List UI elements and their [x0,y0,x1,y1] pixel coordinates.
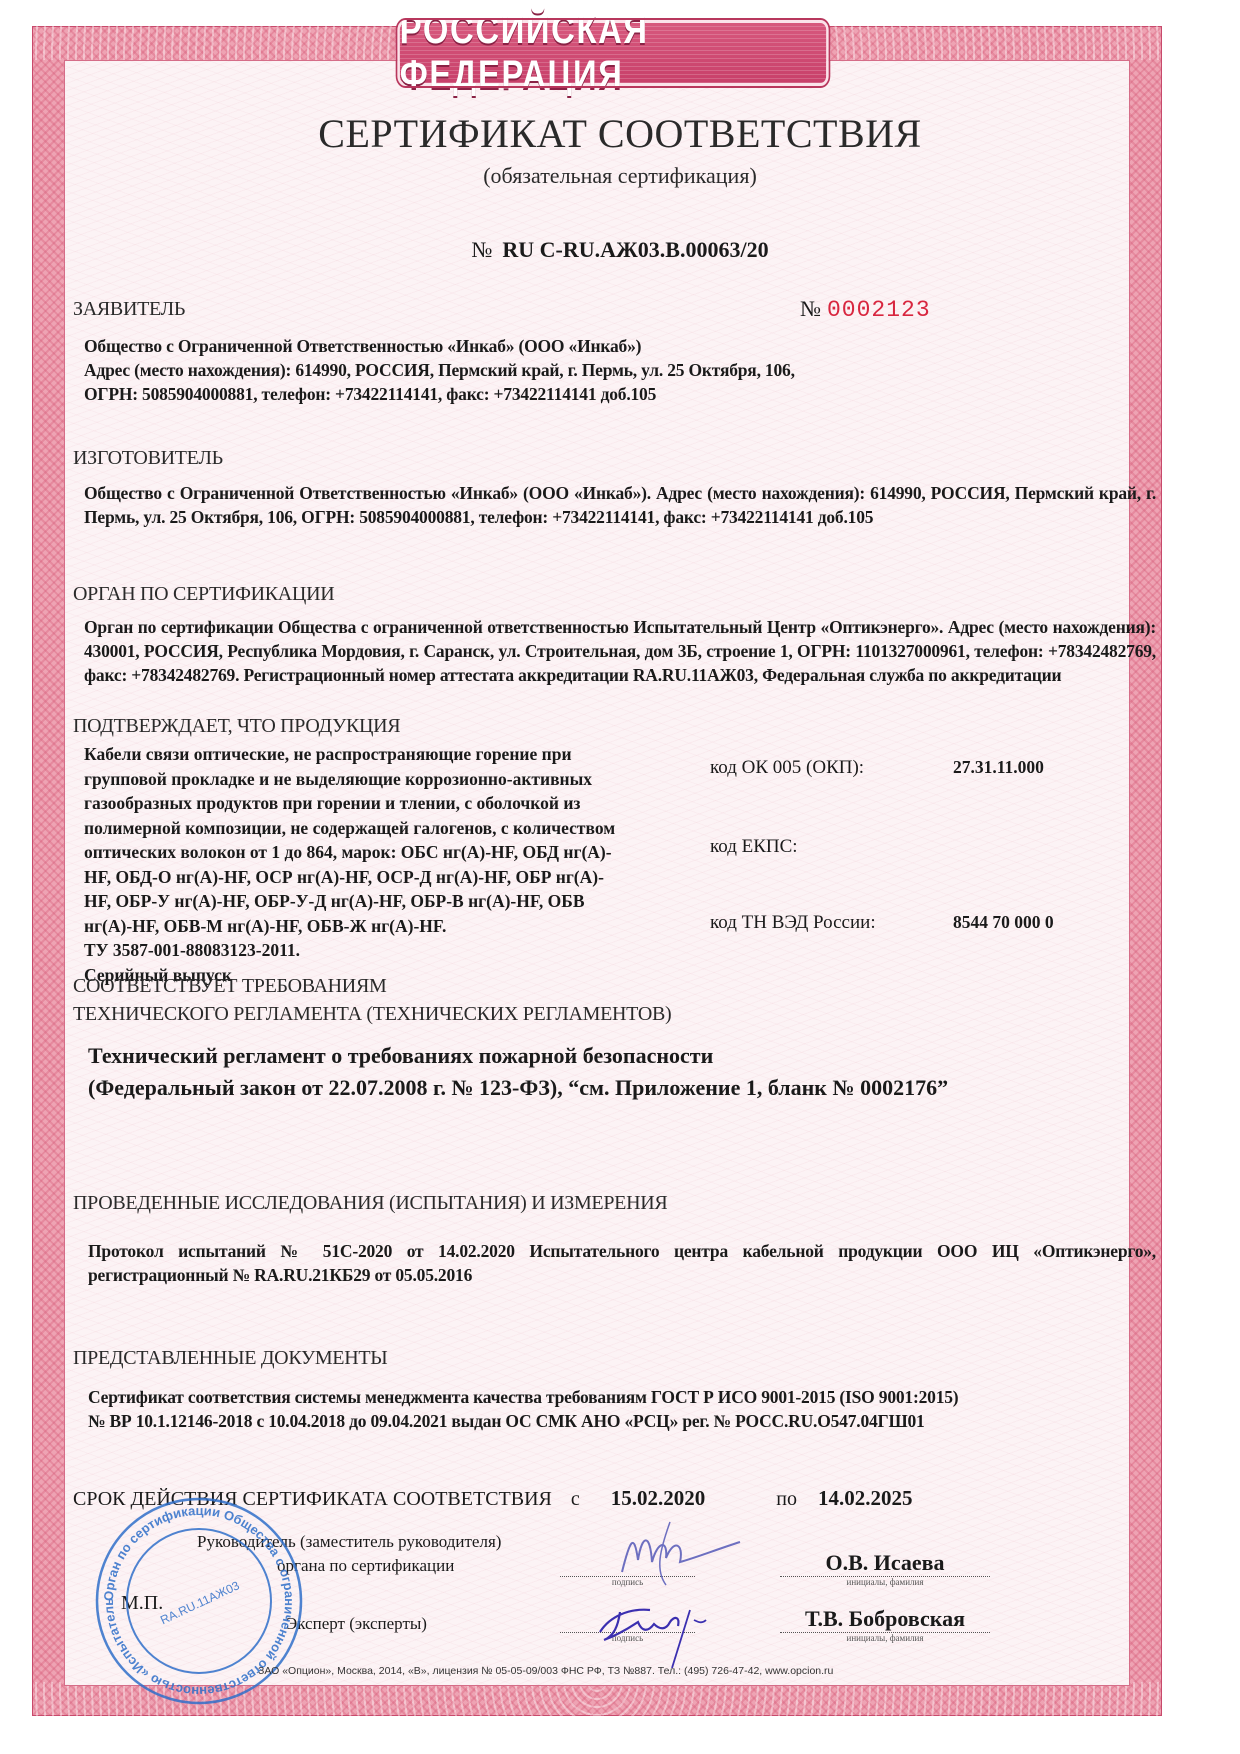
product-line: оптических волокон от 1 до 864, марок: О… [84,840,694,865]
code-tnved: код ТН ВЭД России:8544 70 000 0 [710,912,1054,934]
printer-note: ЗАО «Опцион», Москва, 2014, «В», лицензи… [258,1665,833,1677]
regulation-line-2: (Федеральный закон от 22.07.2008 г. № 12… [88,1072,1088,1104]
manufacturer-heading: ИЗГОТОВИТЕЛЬ [73,447,223,470]
validity-from-label: с [571,1488,580,1510]
product-line: HF, ОБД-О нг(А)-HF, ОСР нг(А)-HF, ОСР-Д … [84,865,694,890]
code-tnved-value: 8544 70 000 0 [953,912,1054,932]
regulation-line-1: Технический регламент о требованиях пожа… [88,1040,1088,1072]
number-sign: № [471,237,492,262]
certificate-number: №RU C-RU.АЖ03.В.00063/20 [0,237,1240,263]
head-name-block: О.В. Исаева инициалы, фамилия [780,1550,990,1587]
expert-name-block: Т.В. Бобровская инициалы, фамилия [780,1606,990,1643]
blank-number-value: 0002123 [827,297,931,323]
name-caption: инициалы, фамилия [780,1577,990,1587]
certification-body-details: Орган по сертификации Общества с огранич… [84,615,1156,687]
blank-number-sign: № [800,296,821,321]
expert-label: Эксперт (эксперты) [286,1614,427,1634]
validity-to-date: 14.02.2025 [818,1486,913,1510]
documents-details: Сертификат соответствия системы менеджме… [88,1385,1160,1433]
country-banner: РОССИЙСКАЯ ФЕДЕРАЦИЯ [397,20,828,86]
expert-signature [590,1596,730,1676]
blank-number: №0002123 [800,296,931,323]
applicant-name: Общество с Ограниченной Ответственностью… [84,334,1156,358]
product-line: нг(А)-HF, ОБВ-М нг(А)-HF, ОБВ-Ж нг(А)-HF… [84,914,694,939]
applicant-contacts: ОГРН: 5085904000881, телефон: +734221141… [84,382,1156,406]
documents-line-2: № ВР 10.1.12146-2018 с 10.04.2018 до 09.… [88,1409,1160,1433]
svg-text:RA.RU.11АЖ03: RA.RU.11АЖ03 [158,1578,242,1627]
tests-heading: ПРОВЕДЕННЫЕ ИССЛЕДОВАНИЯ (ИСПЫТАНИЯ) И И… [73,1192,667,1215]
documents-heading: ПРЕДСТАВЛЕННЫЕ ДОКУМЕНТЫ [73,1347,387,1370]
technical-regulation: Технический регламент о требованиях пожа… [88,1040,1088,1104]
product-line: HF, ОБР-У нг(А)-HF, ОБР-У-Д нг(А)-HF, ОБ… [84,889,694,914]
name-caption: инициалы, фамилия [780,1633,990,1643]
product-line: групповой прокладке и не выделяющие корр… [84,767,694,792]
validity-to-label: по [776,1488,797,1510]
code-ekps-label: код ЕКПС: [710,836,953,858]
head-signatory-name: О.В. Исаева [780,1550,990,1576]
applicant-details: Общество с Ограниченной Ответственностью… [84,334,1156,406]
product-line: газообразных продуктов при горении и тле… [84,791,694,816]
document-title: СЕРТИФИКАТ СООТВЕТСТВИЯ [0,110,1240,157]
document-subtitle: (обязательная сертификация) [0,163,1240,189]
tests-details: Протокол испытаний № 51С-2020 от 14.02.2… [88,1239,1156,1287]
product-heading: ПОДТВЕРЖДАЕТ, ЧТО ПРОДУКЦИЯ [73,715,400,738]
product-line: Кабели связи оптические, не распространя… [84,742,694,767]
applicant-heading: ЗАЯВИТЕЛЬ [73,298,185,321]
requirements-heading-2: ТЕХНИЧЕСКОГО РЕГЛАМЕНТА (ТЕХНИЧЕСКИХ РЕГ… [73,1003,671,1026]
code-tnved-label: код ТН ВЭД России: [710,912,953,934]
product-line: полимерной композиции, не содержащей гал… [84,816,694,841]
code-ekps: код ЕКПС: [710,836,953,858]
documents-line-1: Сертификат соответствия системы менеджме… [88,1385,1160,1409]
code-okp-value: 27.31.11.000 [953,757,1044,777]
expert-name: Т.В. Бобровская [780,1606,990,1632]
certification-body-heading: ОРГАН ПО СЕРТИФИКАЦИИ [73,583,334,606]
applicant-address: Адрес (место нахождения): 614990, РОССИЯ… [84,358,1156,382]
product-spec: ТУ 3587-001-88083123-2011. [84,938,694,963]
requirements-heading-1: СООТВЕТСТВУЕТ ТРЕБОВАНИЯМ [73,975,386,998]
code-okp-label: код ОК 005 (ОКП): [710,757,953,779]
product-description: Кабели связи оптические, не распространя… [84,742,694,987]
certificate-number-value: RU C-RU.АЖ03.В.00063/20 [502,237,768,262]
head-signature [600,1510,750,1590]
validity-from-date: 15.02.2020 [611,1486,706,1510]
code-okp: код ОК 005 (ОКП):27.31.11.000 [710,757,1044,779]
manufacturer-details: Общество с Ограниченной Ответственностью… [84,481,1156,529]
